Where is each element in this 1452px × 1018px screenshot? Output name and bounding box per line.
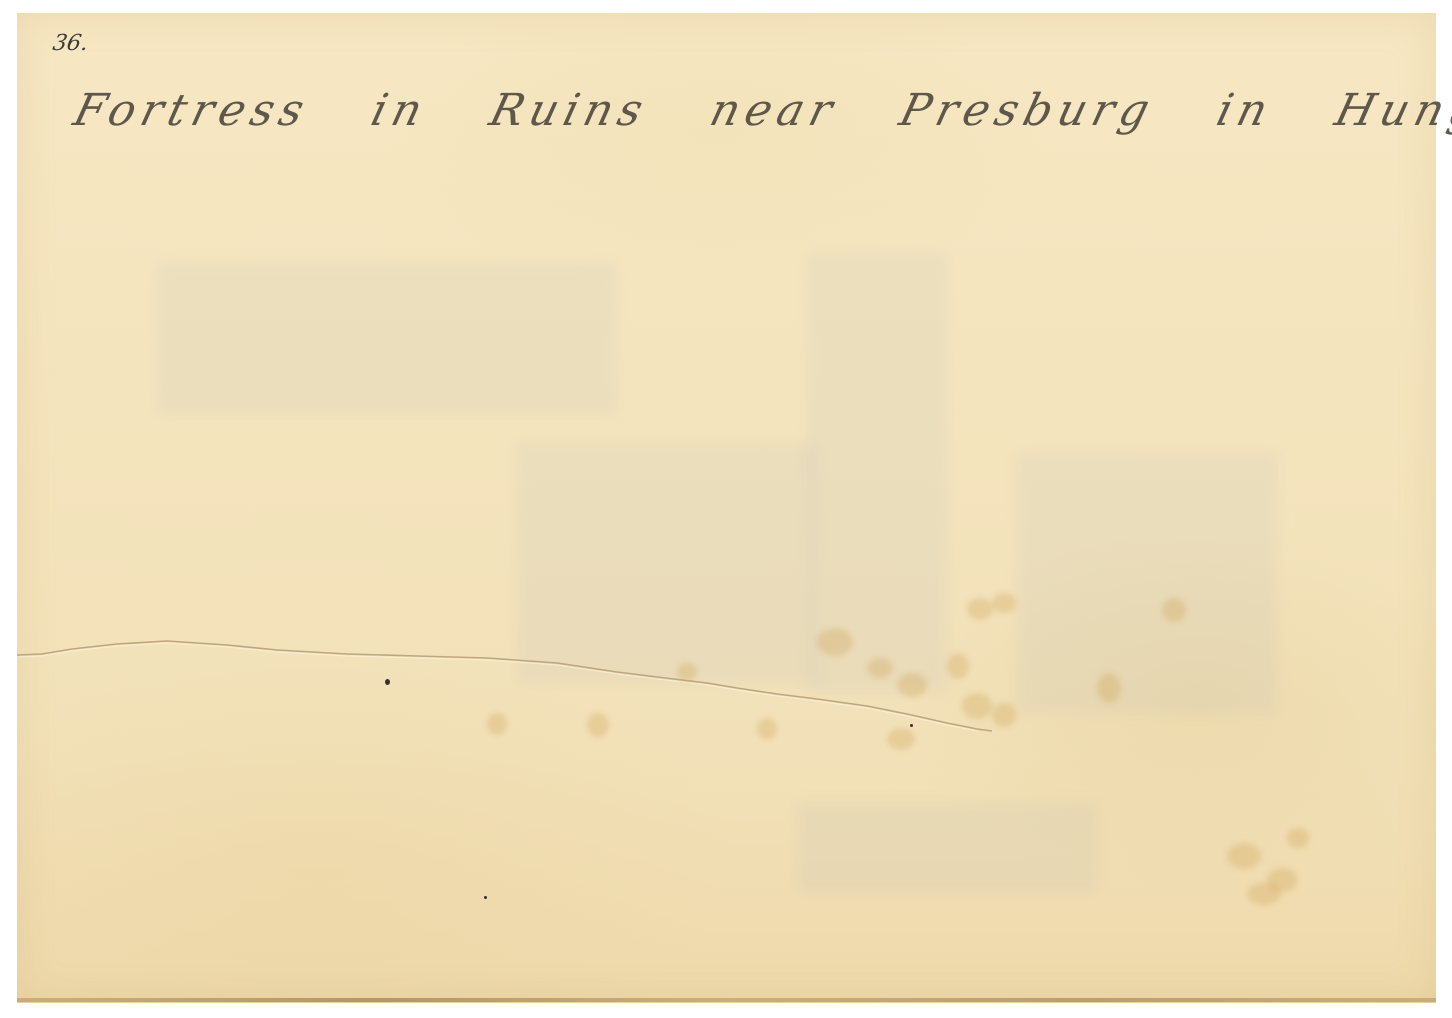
foxing-stain: [962, 693, 992, 719]
paper-sheet: 36. Fortress in Ruins near Presburg in H…: [17, 13, 1436, 1003]
caption-number: 36.: [51, 31, 90, 56]
foxing-stain: [897, 673, 927, 697]
foxing-stain: [677, 663, 697, 681]
foxing-stain: [967, 598, 993, 620]
foxing-stain: [992, 703, 1016, 727]
foxing-stain: [947, 653, 969, 679]
paper-bottom-edge: [17, 998, 1436, 1002]
foxing-stain: [817, 628, 853, 656]
foxing-stain: [1162, 598, 1186, 622]
foxing-stain: [887, 728, 915, 750]
foxing-stain: [757, 718, 777, 740]
paper-crack: [17, 13, 1436, 1003]
foxing-stain: [867, 658, 893, 678]
foxing-stain: [1247, 883, 1281, 905]
foxing-stain: [992, 593, 1016, 613]
foxing-stain: [1227, 843, 1261, 869]
foxing-stain: [487, 713, 507, 735]
ink-speck: [484, 896, 487, 899]
foxing-stain: [1097, 673, 1121, 703]
ink-speck: [385, 679, 390, 685]
ink-speck: [910, 724, 913, 727]
caption-title: Fortress in Ruins near Presburg in Hunga…: [69, 85, 1452, 136]
foxing-stain: [1287, 828, 1309, 848]
foxing-stain: [587, 713, 609, 737]
